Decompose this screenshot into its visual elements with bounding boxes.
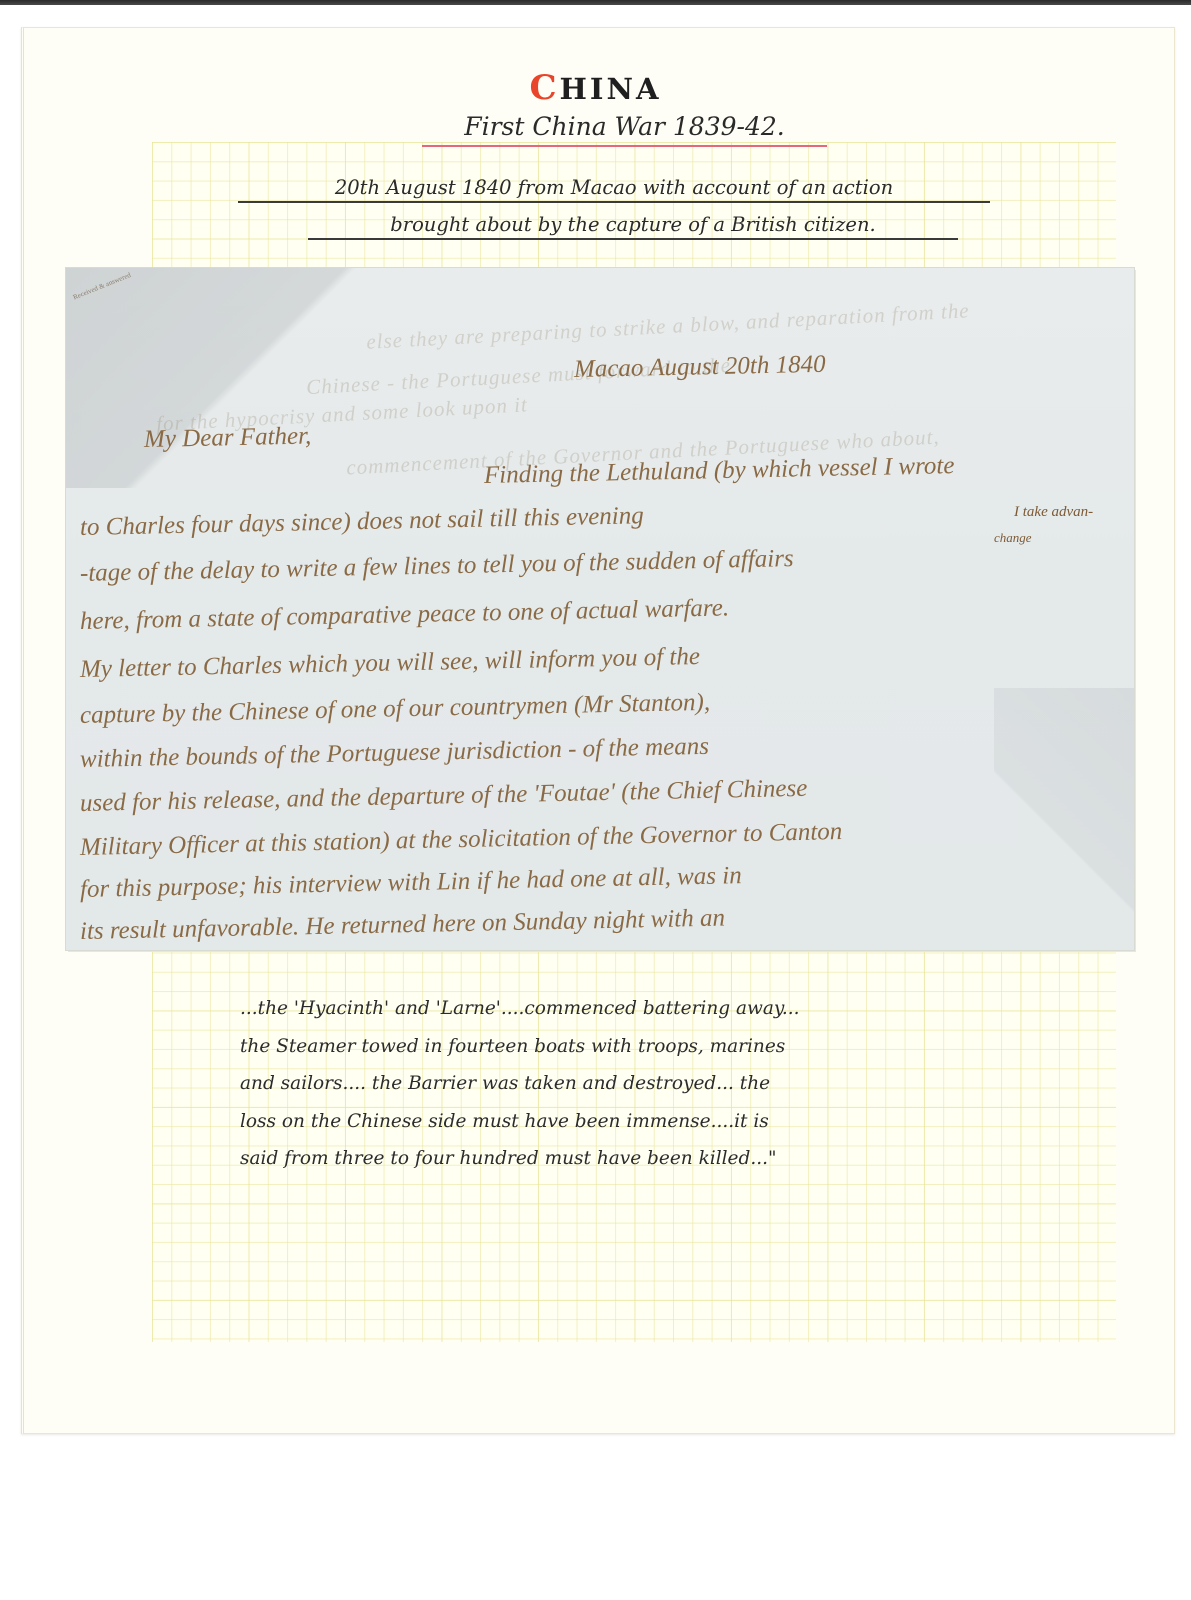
letter-line: used for his release, and the departure …: [80, 775, 808, 818]
letter-line: Military Officer at this station) at the…: [80, 818, 843, 862]
letter-line: its result unfavorable. He returned here…: [80, 904, 726, 946]
letter-dateline: Macao August 20th 1840: [574, 351, 826, 384]
letter-fold-shadow: [994, 688, 1134, 950]
letter-line: capture by the Chinese of one of our cou…: [80, 689, 711, 730]
quote-line: said from three to four hundred must hav…: [240, 1140, 1040, 1178]
quote-line: loss on the Chinese side must have been …: [240, 1103, 1040, 1141]
country-title-initial: C: [529, 68, 559, 108]
country-title: CHINA: [0, 68, 1191, 108]
letter-insertion: change: [994, 530, 1032, 546]
country-title-rest: HINA: [560, 72, 662, 106]
quote-line: ...the 'Hyacinth' and 'Larne'....commenc…: [240, 990, 1040, 1028]
page-heading-line-2: brought about by the capture of a Britis…: [308, 213, 958, 240]
page-heading-line-1: 20th August 1840 from Macao with account…: [238, 176, 990, 203]
quote-line: and sailors.... the Barrier was taken an…: [240, 1065, 1040, 1103]
scanner-edge: [0, 0, 1191, 5]
quote-line: the Steamer towed in fourteen boats with…: [240, 1028, 1040, 1066]
letter-insertion: I take advan-: [1014, 504, 1093, 521]
letter-line: here, from a state of comparative peace …: [80, 594, 730, 636]
letter-crosswriting: else they are preparing to strike a blow…: [366, 298, 970, 355]
letter-line: for this purpose; his interview with Lin…: [80, 862, 742, 904]
letter-line: within the bounds of the Portuguese juri…: [80, 733, 710, 774]
letter-salutation: My Dear Father,: [144, 422, 312, 453]
letter-line: My letter to Charles which you will see,…: [80, 643, 701, 684]
letter-excerpt-quote: ...the 'Hyacinth' and 'Larne'....commenc…: [240, 990, 1040, 1178]
series-title: First China War 1839-42.: [422, 112, 827, 147]
letter-line: to Charles four days since) does not sai…: [80, 502, 644, 542]
letter-line: -tage of the delay to write a few lines …: [80, 545, 794, 588]
manuscript-letter: Received & answered else they are prepar…: [66, 268, 1134, 950]
